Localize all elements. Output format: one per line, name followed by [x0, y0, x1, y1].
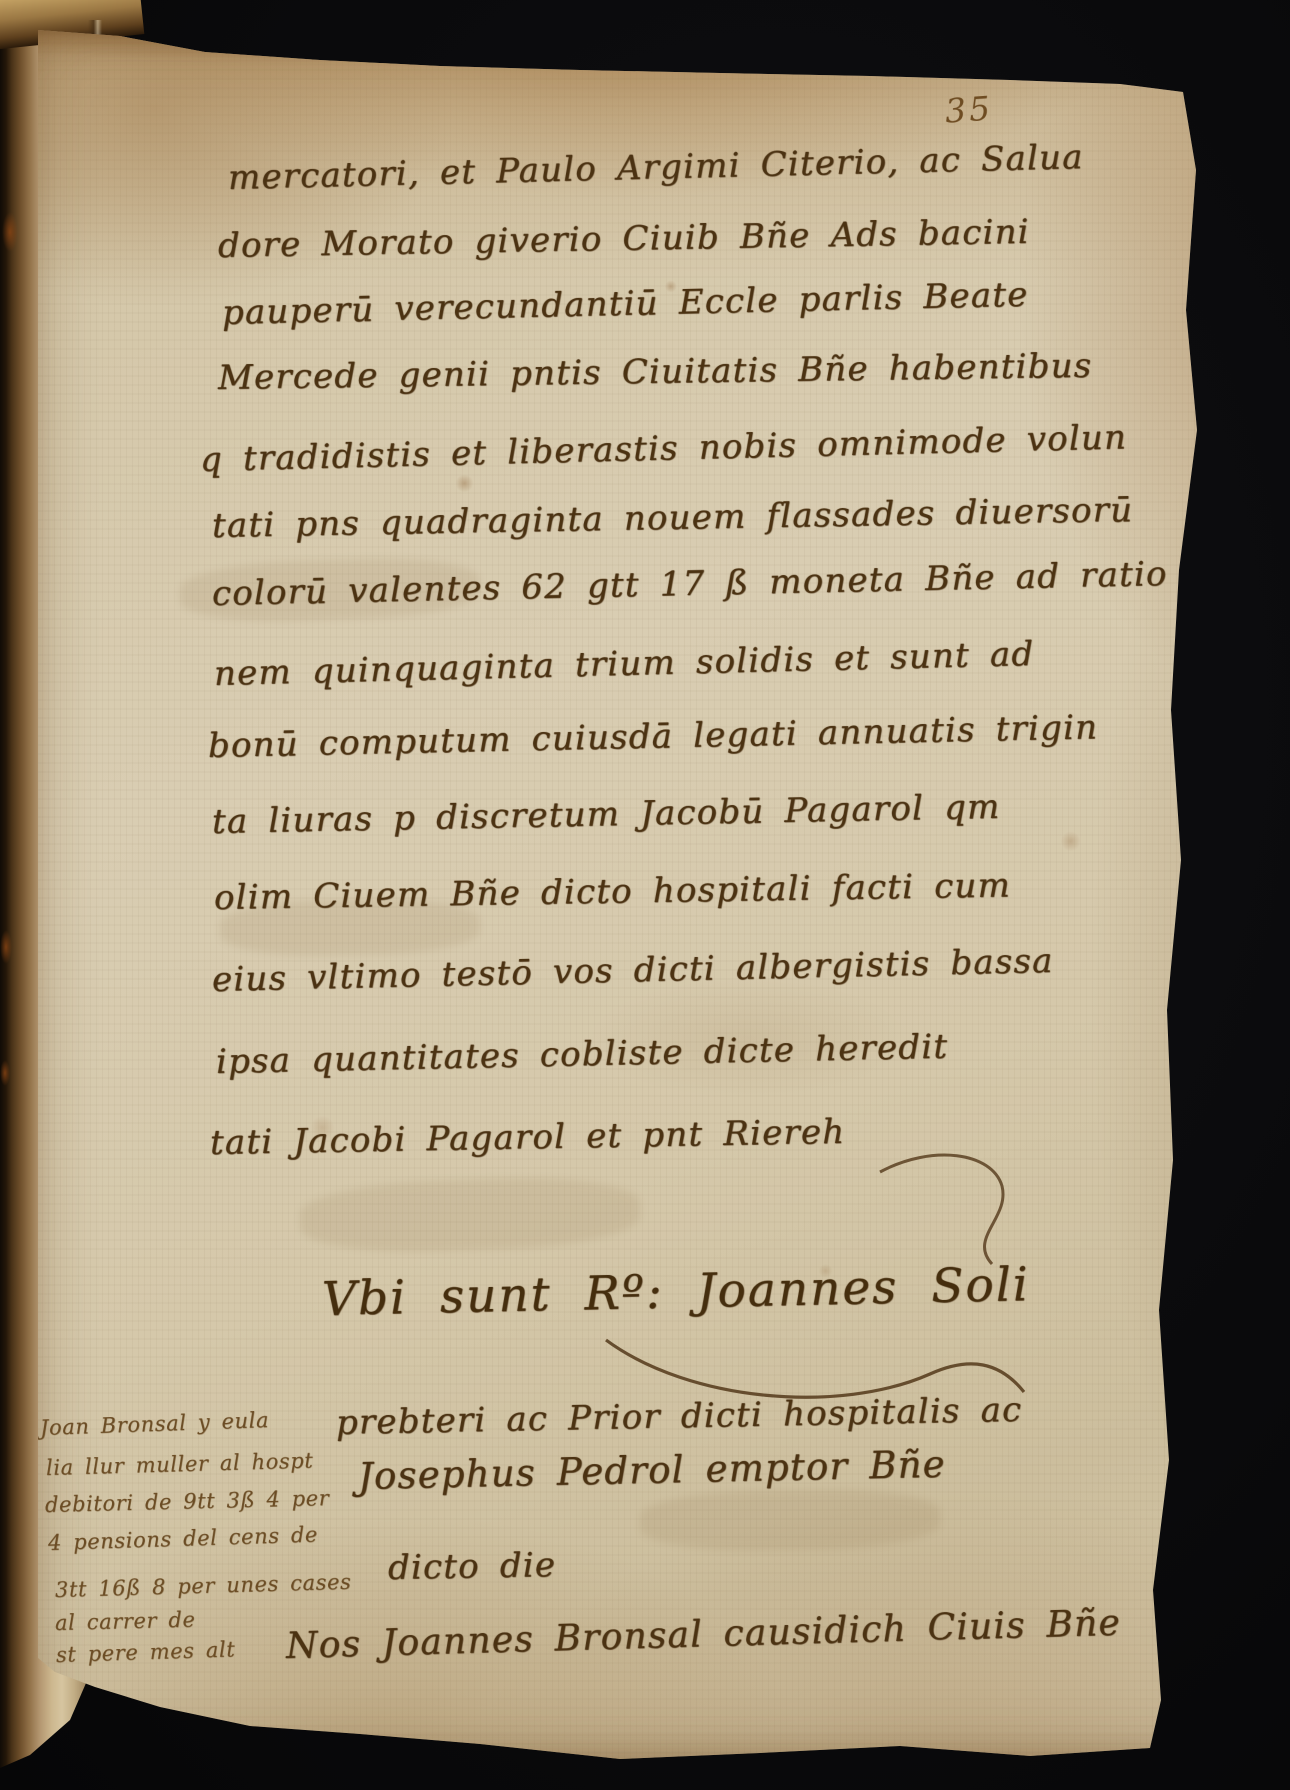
margin-note-line: Joan Bronsal y eula [40, 1408, 270, 1440]
bleed-through [299, 1174, 641, 1256]
receipt-line: prebteri ac Prior dicti hospitalis ac [336, 1390, 1023, 1443]
main-text-line: Mercede genii pntis Ciuitatis Bñe habent… [218, 346, 1093, 398]
gutter-ink-fragment [2, 212, 18, 252]
gutter-ink-fragment [0, 930, 12, 964]
photo-backdrop: 35 mercatori, et Paulo Argimi Citerio, a… [0, 0, 1290, 1790]
main-text-line: ipsa quantitates cobliste dicte heredit [216, 1027, 949, 1082]
margin-note-line: 4 pensions del cens de [48, 1523, 319, 1555]
folio-number: 35 [944, 88, 995, 130]
margin-note-line: debitori de 9tt 3ß 4 per [45, 1486, 330, 1517]
margin-note-line: 3tt 16ß 8 per unes cases [55, 1570, 352, 1602]
bleed-through [639, 1487, 940, 1552]
main-text-line: nem quinquaginta trium solidis et sunt a… [214, 634, 1035, 694]
main-text-line: mercatori, et Paulo Argimi Citerio, ac S… [228, 137, 1085, 198]
margin-note-line: lia llur muller al hospt [46, 1449, 314, 1480]
main-text-line: pauperū verecundantiū Eccle parlis Beate [222, 275, 1029, 333]
receipt-line: Nos Joannes Bronsal causidich Ciuis Bñe [285, 1603, 1121, 1667]
main-text-line: olim Ciuem Bñe dicto hospitali facti cum [214, 865, 1012, 918]
manuscript-page: 35 mercatori, et Paulo Argimi Citerio, a… [0, 0, 1290, 1790]
main-text-line: dore Morato giverio Ciuib Bñe Ads bacini [218, 212, 1030, 266]
main-text-line: bonū computum cuiusdā legati annuatis tr… [208, 707, 1099, 766]
main-text-line: tati Jacobi Pagarol et pnt Riereh [210, 1112, 846, 1163]
margin-note-line: st pere mes alt [56, 1637, 236, 1667]
main-text-line: tati pns quadraginta nouem flassades diu… [212, 490, 1134, 546]
paraph-flourish [872, 1142, 1042, 1272]
receipt-line: dicto die [388, 1545, 557, 1588]
gutter-ink-fragment [0, 1060, 10, 1086]
main-text-line: q tradidistis et liberastis nobis omnimo… [200, 417, 1128, 480]
receipt-heading: Vbi sunt Rº: Joannes Soli [321, 1257, 1030, 1327]
main-text-line: ta liuras p discretum Jacobū Pagarol qm [212, 787, 1001, 842]
margin-note-line: al carrer de [55, 1608, 196, 1635]
